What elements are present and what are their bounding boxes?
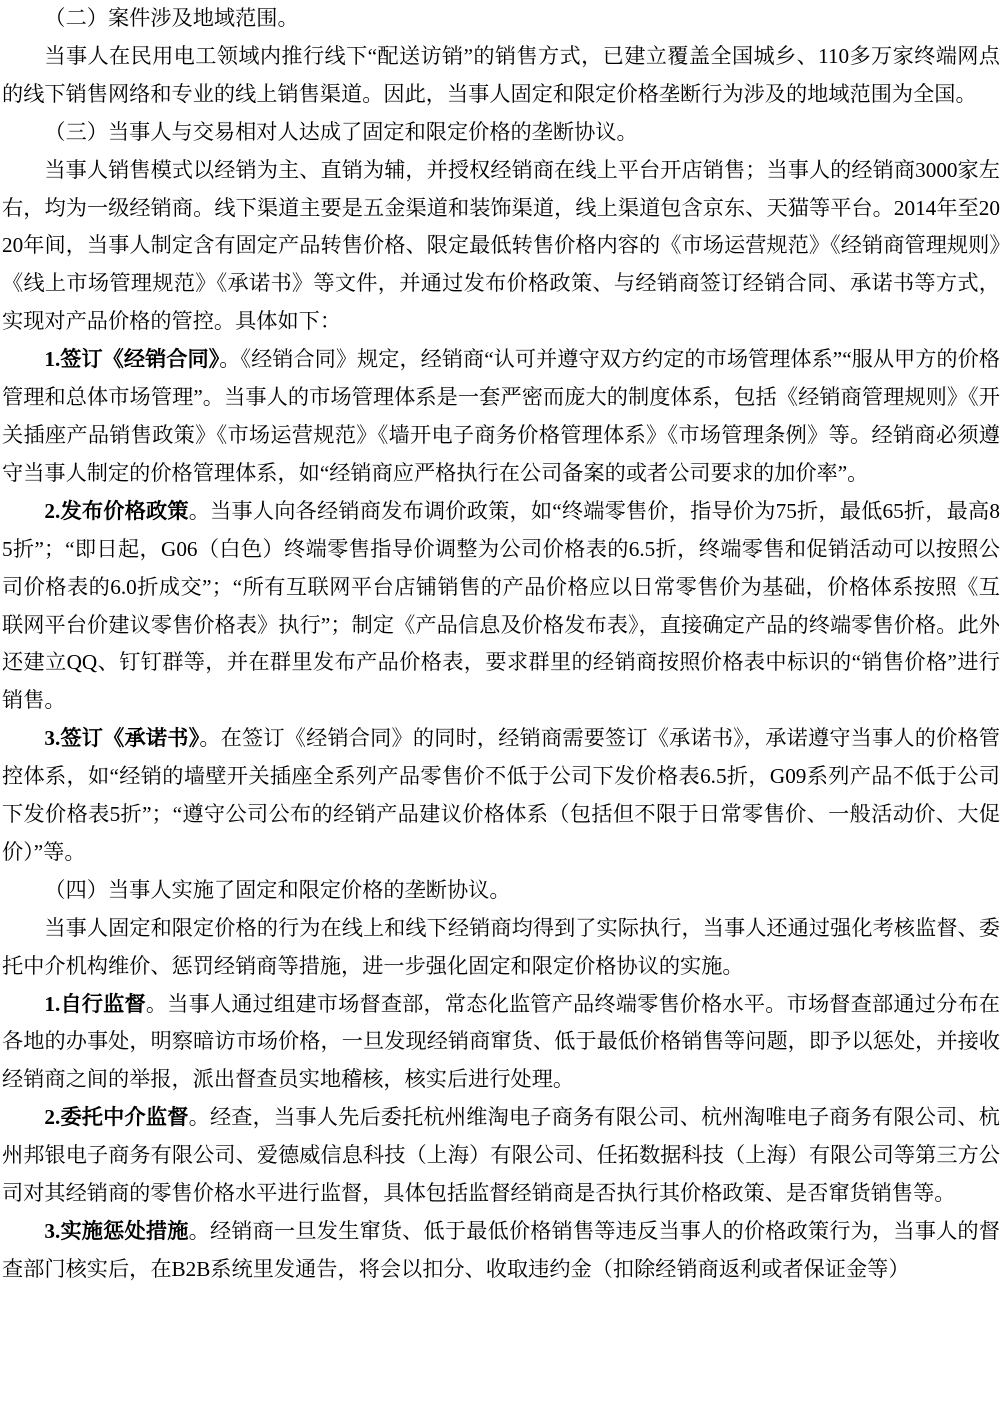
paragraph-text: 。当事人通过组建市场督查部，常态化监管产品终端零售价格水平。市场督查部通过分布在… xyxy=(2,992,1000,1092)
paragraph-sales-model: 当事人销售模式以经销为主、直销为辅，并授权经销商在线上平台开店销售；当事人的经销… xyxy=(2,152,1000,342)
paragraph-lead: 1.自行监督 xyxy=(44,992,146,1016)
paragraph-lead: 3.实施惩处措施 xyxy=(44,1219,188,1243)
paragraph-text: 当事人销售模式以经销为主、直销为辅，并授权经销商在线上平台开店销售；当事人的经销… xyxy=(2,158,1000,334)
paragraph-implementation: 当事人固定和限定价格的行为在线上和线下经销商均得到了实际执行，当事人还通过强化考… xyxy=(2,910,1000,986)
paragraph-lead: 2.发布价格政策 xyxy=(44,499,188,523)
section-heading-3: （三）当事人与交易相对人达成了固定和限定价格的垄断协议。 xyxy=(2,114,1000,152)
paragraph-intermediary-supervision: 2.委托中介监督。经查，当事人先后委托杭州维淘电子商务有限公司、杭州淘唯电子商务… xyxy=(2,1099,1000,1213)
paragraph-commitment-letter: 3.签订《承诺书》。在签订《经销合同》的同时，经销商需要签订《承诺书》，承诺遵守… xyxy=(2,720,1000,872)
paragraph-lead: 2.委托中介监督 xyxy=(44,1105,188,1129)
paragraph-text: （四）当事人实施了固定和限定价格的垄断协议。 xyxy=(44,878,510,902)
document-page: （二）案件涉及地域范围。 当事人在民用电工领域内推行线下“配送访销”的销售方式，… xyxy=(0,0,1004,1402)
paragraph-price-policy: 2.发布价格政策。当事人向各经销商发布调价政策，如“终端零售价，指导价为75折，… xyxy=(2,493,1000,720)
paragraph-text: （二）案件涉及地域范围。 xyxy=(44,6,298,30)
paragraph-text: 当事人固定和限定价格的行为在线上和线下经销商均得到了实际执行，当事人还通过强化考… xyxy=(2,916,1000,978)
paragraph-lead: 1.签订《经销合同》 xyxy=(44,347,219,371)
paragraph-geographic-scope: 当事人在民用电工领域内推行线下“配送访销”的销售方式，已建立覆盖全国城乡、110… xyxy=(2,38,1000,114)
section-heading-4: （四）当事人实施了固定和限定价格的垄断协议。 xyxy=(2,872,1000,910)
paragraph-text: 当事人在民用电工领域内推行线下“配送访销”的销售方式，已建立覆盖全国城乡、110… xyxy=(2,44,1000,106)
paragraph-text: （三）当事人与交易相对人达成了固定和限定价格的垄断协议。 xyxy=(44,120,637,144)
paragraph-self-supervision: 1.自行监督。当事人通过组建市场督查部，常态化监管产品终端零售价格水平。市场督查… xyxy=(2,986,1000,1100)
section-heading-2: （二）案件涉及地域范围。 xyxy=(2,0,1000,38)
paragraph-punishment-measures: 3.实施惩处措施。经销商一旦发生窜货、低于最低价格销售等违反当事人的价格政策行为… xyxy=(2,1213,1000,1289)
paragraph-lead: 3.签订《承诺书》 xyxy=(44,726,199,750)
paragraph-text: 。当事人向各经销商发布调价政策，如“终端零售价，指导价为75折，最低65折，最高… xyxy=(2,499,1000,713)
paragraph-distribution-contract: 1.签订《经销合同》。《经销合同》规定，经销商“认可并遵守双方约定的市场管理体系… xyxy=(2,341,1000,493)
